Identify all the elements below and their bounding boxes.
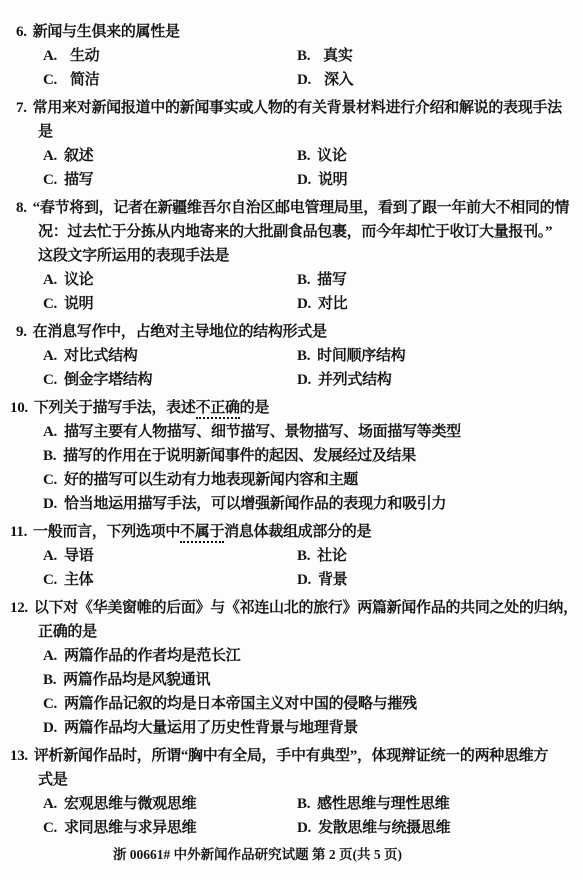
option-c: C.简洁	[43, 72, 99, 88]
option-text: 恰当地运用描写手法，可以增强新闻作品的表现力和吸引力	[64, 496, 446, 512]
option-text: 社论	[317, 548, 346, 564]
option-text: 两篇作品均大量运用了历史性背景与地理背景	[64, 720, 358, 736]
question-8-stem-cont: 这段文字所运用的表现手法是	[0, 244, 583, 268]
option-text: 说明	[318, 172, 347, 188]
question-number: 13.	[10, 748, 28, 764]
option-c: C.求同思维与求异思维	[43, 820, 196, 836]
question-stem-text: 这段文字所运用的表现手法是	[38, 248, 229, 264]
option-label: A.	[43, 348, 57, 364]
option-label: B.	[297, 48, 310, 64]
question-6: 6.新闻与生俱来的属性是 A.生动 B.真实 C.简洁 D.深入	[0, 20, 583, 92]
option-text: 对比	[318, 296, 347, 312]
option-label: D.	[297, 296, 311, 312]
question-6-stem: 6.新闻与生俱来的属性是	[0, 20, 583, 44]
option-label: A.	[43, 48, 57, 64]
option-label: D.	[297, 572, 311, 588]
option-label: B.	[297, 148, 310, 164]
option-b: B.真实	[297, 44, 353, 68]
option-a: A.议论	[43, 272, 93, 288]
question-8-stem-cont: 况：过去忙于分拣从内地寄来的大批副食品包裹，而今年却忙于收订大量报刊。”	[0, 220, 583, 244]
option-text: 描写	[64, 172, 93, 188]
option-label: D.	[297, 820, 311, 836]
option-text: 议论	[64, 272, 93, 288]
option-d: D.两篇作品均大量运用了历史性背景与地理背景	[0, 716, 583, 740]
option-d: D.背景	[297, 568, 347, 592]
option-label: C.	[43, 696, 57, 712]
option-text: 生动	[70, 48, 99, 64]
question-11-stem: 11.一般而言，下列选项中不属于消息体裁组成部分的是	[0, 520, 583, 544]
question-stem-text: 的是	[240, 400, 269, 416]
question-number: 10.	[10, 400, 28, 416]
question-8-options-cd: C.说明 D.对比	[0, 292, 583, 316]
question-6-options-ab: A.生动 B.真实	[0, 44, 583, 68]
option-text: 发散思维与统摄思维	[318, 820, 450, 836]
option-b: B.社论	[297, 544, 347, 568]
option-d: D.发散思维与统摄思维	[297, 816, 450, 840]
option-b: B.感性思维与理性思维	[297, 792, 449, 816]
question-12-stem: 12.以下对《华美窗帷的后面》与《祁连山北的旅行》两篇新闻作品的共同之处的归纳，	[0, 596, 583, 620]
question-12: 12.以下对《华美窗帷的后面》与《祁连山北的旅行》两篇新闻作品的共同之处的归纳，…	[0, 596, 583, 740]
option-label: B.	[43, 672, 56, 688]
option-label: C.	[43, 72, 57, 88]
option-text: 深入	[324, 72, 353, 88]
question-12-stem-cont: 正确的是	[0, 620, 583, 644]
option-label: A.	[43, 648, 57, 664]
option-c: C.两篇作品记叙的均是日本帝国主义对中国的侵略与摧残	[0, 692, 583, 716]
option-text: 感性思维与理性思维	[317, 796, 449, 812]
question-6-options-cd: C.简洁 D.深入	[0, 68, 583, 92]
option-d: D.深入	[297, 68, 353, 92]
option-text: 真实	[323, 48, 352, 64]
exam-page: 6.新闻与生俱来的属性是 A.生动 B.真实 C.简洁 D.深入 7.常用来对新…	[0, 0, 583, 880]
option-label: A.	[43, 272, 57, 288]
option-c: C.主体	[43, 572, 93, 588]
option-b: B.两篇作品均是风貌通讯	[0, 668, 583, 692]
emphasized-text: 不属于	[180, 524, 224, 543]
option-c: C.说明	[43, 296, 93, 312]
question-stem-text: 在消息写作中，占绝对主导地位的结构形式是	[33, 324, 327, 340]
option-label: A.	[43, 424, 57, 440]
option-label: D.	[297, 72, 311, 88]
question-number: 12.	[10, 600, 28, 616]
option-a: A.生动	[43, 48, 99, 64]
question-stem-text: 况：过去忙于分拣从内地寄来的大批副食品包裹，而今年却忙于收订大量报刊。”	[38, 224, 552, 240]
question-13-stem-cont: 式是	[0, 768, 583, 792]
option-text: 时间顺序结构	[317, 348, 405, 364]
option-label: A.	[43, 148, 57, 164]
question-stem-text: 以下对《华美窗帷的后面》与《祁连山北的旅行》两篇新闻作品的共同之处的归纳，	[34, 600, 578, 616]
option-text: 描写	[317, 272, 346, 288]
option-label: B.	[43, 448, 56, 464]
emphasized-text: 不正确	[196, 400, 240, 419]
question-stem-text: “春节将到，记者在新疆维吾尔自治区邮电管理局里，看到了跟一年前大不相同的情	[33, 200, 569, 216]
option-c: C.描写	[43, 172, 93, 188]
question-9-options-cd: C.倒金字塔结构 D.并列式结构	[0, 368, 583, 392]
option-label: C.	[43, 820, 57, 836]
question-8-stem: 8.“春节将到，记者在新疆维吾尔自治区邮电管理局里，看到了跟一年前大不相同的情	[0, 196, 583, 220]
question-13-options-cd: C.求同思维与求异思维 D.发散思维与统摄思维	[0, 816, 583, 840]
option-d: D.恰当地运用描写手法，可以增强新闻作品的表现力和吸引力	[0, 492, 583, 516]
option-text: 说明	[64, 296, 93, 312]
question-stem-text: 常用来对新闻报道中的新闻事实或人物的有关背景材料进行介绍和解说的表现手法	[33, 100, 562, 116]
question-stem-text: 式是	[38, 772, 67, 788]
question-stem-text: 正确的是	[38, 624, 97, 640]
option-a: A.两篇作品的作者均是范长江	[0, 644, 583, 668]
option-label: D.	[297, 372, 311, 388]
question-stem-text: 消息体裁组成部分的是	[224, 524, 371, 540]
page-footer: 浙 00661# 中外新闻作品研究试题 第 2 页(共 5 页)	[0, 846, 515, 864]
option-c: C.倒金字塔结构	[43, 372, 152, 388]
option-a: A.导语	[43, 548, 93, 564]
option-a: A.描写主要有人物描写、细节描写、景物描写、场面描写等类型	[0, 420, 583, 444]
option-text: 叙述	[64, 148, 93, 164]
question-stem-text: 下列关于描写手法，表述	[34, 400, 196, 416]
question-7-options-cd: C.描写 D.说明	[0, 168, 583, 192]
option-text: 主体	[64, 572, 93, 588]
option-text: 简洁	[70, 72, 99, 88]
option-label: B.	[297, 272, 310, 288]
option-b: B.议论	[297, 144, 347, 168]
question-7: 7.常用来对新闻报道中的新闻事实或人物的有关背景材料进行介绍和解说的表现手法 是…	[0, 96, 583, 192]
option-text: 好的描写可以生动有力地表现新闻内容和主题	[64, 472, 358, 488]
option-text: 宏观思维与微观思维	[64, 796, 196, 812]
question-13-stem: 13.评析新闻作品时，所谓“胸中有全局，手中有典型”，体现辩证统一的两种思维方	[0, 744, 583, 768]
question-number: 6.	[16, 24, 27, 40]
option-text: 求同思维与求异思维	[64, 820, 196, 836]
option-text: 议论	[317, 148, 346, 164]
option-b: B.描写	[297, 268, 347, 292]
option-b: B.时间顺序结构	[297, 344, 405, 368]
option-text: 倒金字塔结构	[64, 372, 152, 388]
option-d: D.说明	[297, 168, 347, 192]
option-text: 描写主要有人物描写、细节描写、景物描写、场面描写等类型	[64, 424, 461, 440]
question-11-options-cd: C.主体 D.背景	[0, 568, 583, 592]
question-11: 11.一般而言，下列选项中不属于消息体裁组成部分的是 A.导语 B.社论 C.主…	[0, 520, 583, 592]
option-a: A.叙述	[43, 148, 93, 164]
question-number: 11.	[10, 524, 27, 540]
option-label: D.	[297, 172, 311, 188]
question-10: 10.下列关于描写手法，表述不正确的是 A.描写主要有人物描写、细节描写、景物描…	[0, 396, 583, 516]
question-9: 9.在消息写作中，占绝对主导地位的结构形式是 A.对比式结构 B.时间顺序结构 …	[0, 320, 583, 392]
option-text: 背景	[318, 572, 347, 588]
option-label: B.	[297, 348, 310, 364]
question-8-options-ab: A.议论 B.描写	[0, 268, 583, 292]
option-text: 对比式结构	[64, 348, 138, 364]
option-text: 两篇作品均是风貌通讯	[63, 672, 210, 688]
option-d: D.并列式结构	[297, 368, 392, 392]
question-stem-text: 评析新闻作品时，所谓“胸中有全局，手中有典型”，体现辩证统一的两种思维方	[34, 748, 548, 764]
option-label: D.	[43, 496, 57, 512]
option-label: C.	[43, 372, 57, 388]
question-number: 9.	[16, 324, 27, 340]
option-d: D.对比	[297, 292, 347, 316]
question-stem-text: 新闻与生俱来的属性是	[33, 24, 180, 40]
question-8: 8.“春节将到，记者在新疆维吾尔自治区邮电管理局里，看到了跟一年前大不相同的情 …	[0, 196, 583, 316]
option-label: B.	[297, 548, 310, 564]
question-stem-text: 一般而言，下列选项中	[33, 524, 180, 540]
option-label: C.	[43, 472, 57, 488]
option-label: A.	[43, 548, 57, 564]
question-9-stem: 9.在消息写作中，占绝对主导地位的结构形式是	[0, 320, 583, 344]
option-c: C.好的描写可以生动有力地表现新闻内容和主题	[0, 468, 583, 492]
option-label: A.	[43, 796, 57, 812]
question-13-options-ab: A.宏观思维与微观思维 B.感性思维与理性思维	[0, 792, 583, 816]
option-label: B.	[297, 796, 310, 812]
option-label: C.	[43, 296, 57, 312]
option-label: C.	[43, 572, 57, 588]
option-text: 两篇作品记叙的均是日本帝国主义对中国的侵略与摧残	[64, 696, 417, 712]
option-a: A.对比式结构	[43, 348, 138, 364]
question-number: 8.	[16, 200, 27, 216]
option-text: 导语	[64, 548, 93, 564]
question-7-stem-cont: 是	[0, 120, 583, 144]
option-label: C.	[43, 172, 57, 188]
option-b: B.描写的作用在于说明新闻事件的起因、发展经过及结果	[0, 444, 583, 468]
option-text: 两篇作品的作者均是范长江	[64, 648, 240, 664]
question-number: 7.	[16, 100, 27, 116]
option-a: A.宏观思维与微观思维	[43, 796, 196, 812]
question-7-stem: 7.常用来对新闻报道中的新闻事实或人物的有关背景材料进行介绍和解说的表现手法	[0, 96, 583, 120]
option-text: 描写的作用在于说明新闻事件的起因、发展经过及结果	[63, 448, 416, 464]
question-stem-text: 是	[38, 124, 53, 140]
question-7-options-ab: A.叙述 B.议论	[0, 144, 583, 168]
question-10-stem: 10.下列关于描写手法，表述不正确的是	[0, 396, 583, 420]
option-text: 并列式结构	[318, 372, 392, 388]
question-9-options-ab: A.对比式结构 B.时间顺序结构	[0, 344, 583, 368]
option-label: D.	[43, 720, 57, 736]
question-13: 13.评析新闻作品时，所谓“胸中有全局，手中有典型”，体现辩证统一的两种思维方 …	[0, 744, 583, 840]
question-11-options-ab: A.导语 B.社论	[0, 544, 583, 568]
